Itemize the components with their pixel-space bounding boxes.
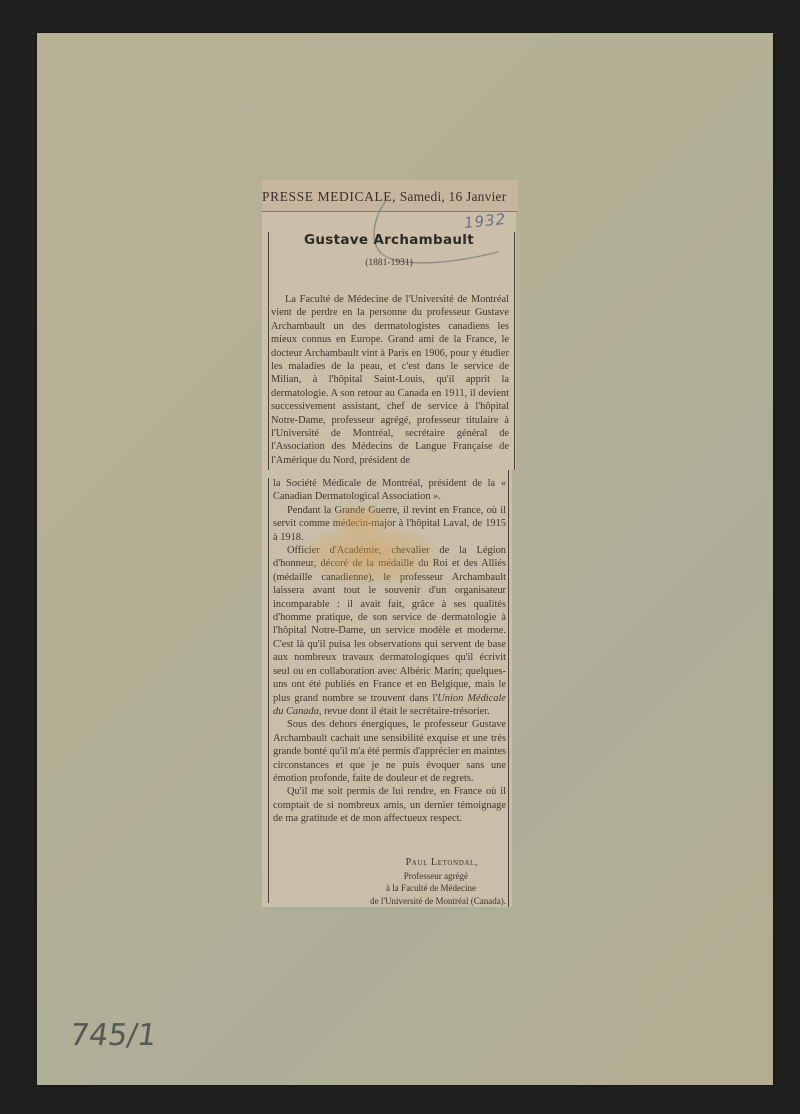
- signature-faculty: à la Faculté de Médecine: [262, 882, 506, 895]
- paragraph-5: Qu'il me soit permis de lui rendre, en F…: [273, 785, 506, 825]
- paragraph-1: La Faculté de Médecine de l'Université d…: [271, 293, 509, 467]
- stain-mark: [330, 505, 390, 535]
- archive-number: 745/1: [68, 1018, 159, 1053]
- signature-title: Professeur agrégé: [262, 870, 506, 883]
- paragraph-continuation: la Société Médicale de Montréal, préside…: [273, 477, 506, 504]
- signature-name: Paul Letondal,: [262, 857, 506, 870]
- column-rule-left-lower: [268, 478, 269, 903]
- paragraph-4: Sous des dehors énergiques, le professeu…: [273, 718, 506, 785]
- article-column-upper: La Faculté de Médecine de l'Université d…: [271, 293, 509, 467]
- column-rule-right-lower: [508, 470, 509, 907]
- article-title: Gustave Archambault: [262, 232, 516, 248]
- signature-university: de l'Université de Montréal (Canada).: [262, 895, 506, 908]
- signature-block: Paul Letondal, Professeur agrégé à la Fa…: [262, 857, 506, 907]
- life-dates: (1881-1931): [262, 258, 516, 268]
- paragraph-3-end: , revue dont il était le secrétaire-trés…: [319, 706, 490, 717]
